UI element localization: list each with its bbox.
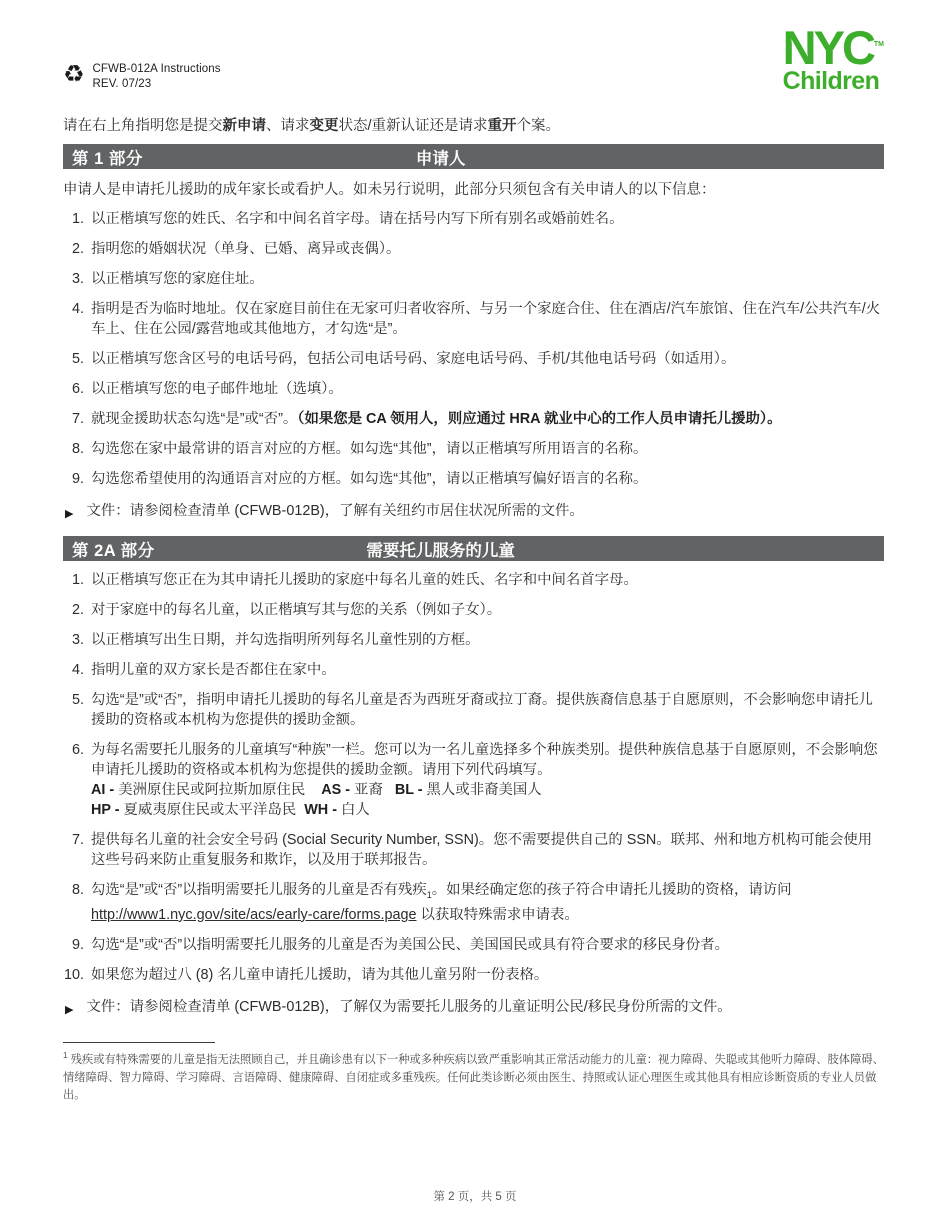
page-header: ♻ CFWB-012A Instructions REV. 07/23 NYCT…	[63, 0, 884, 92]
instruction-item: 10.如果您为超过八 (8) 名儿童申请托儿援助，请为其他儿童另附一份表格。	[63, 965, 884, 985]
item-text: 以正楷填写您的电子邮件地址（选填）。	[91, 379, 884, 399]
instruction-item: 5.以正楷填写您含区号的电话号码，包括公司电话号码、家庭电话号码、手机/其他电话…	[63, 349, 884, 369]
text-run: 以正楷填写您的家庭住址。	[91, 271, 264, 287]
form-revision: REV. 07/23	[93, 77, 221, 92]
nyc-children-logo: NYCTM Children	[783, 28, 884, 92]
item-number: 4.	[63, 299, 84, 339]
item-number: 10.	[63, 965, 84, 985]
text-run: 勾选您希望使用的沟通语言对应的方框。如勾选“其他”，请以正楷填写偏好语言的名称。	[91, 471, 647, 487]
text-run: 指明儿童的双方家长是否都住在家中。	[91, 662, 336, 678]
item-number: 8.	[63, 880, 84, 925]
item-number: 2.	[63, 600, 84, 620]
item-text: 以正楷填写您的家庭住址。	[91, 269, 884, 289]
item-number: 5.	[63, 349, 84, 369]
item-text: 对于家庭中的每名儿童，以正楷填写其与您的关系（例如子女）。	[91, 600, 884, 620]
forms-page-link[interactable]: http://www1.nyc.gov/site/acs/early-care/…	[91, 907, 417, 923]
item-text: 以正楷填写您含区号的电话号码，包括公司电话号码、家庭电话号码、手机/其他电话号码…	[91, 349, 884, 369]
instruction-item: 8.勾选您在家中最常讲的语言对应的方框。如勾选“其他”，请以正楷填写所用语言的名…	[63, 439, 884, 459]
item-text: 指明是否为临时地址。仅在家庭目前住在无家可归者收容所、与另一个家庭合住、住在酒店…	[91, 299, 884, 339]
form-id-block: ♻ CFWB-012A Instructions REV. 07/23	[63, 62, 221, 92]
instruction-item: 6.以正楷填写您的电子邮件地址（选填）。	[63, 379, 884, 399]
section-part-label: 第 1 部分	[72, 145, 143, 169]
item-number: 8.	[63, 439, 84, 459]
section-header-bar: 第 1 部分申请人	[63, 144, 884, 169]
bold-text: （如果您是 CA 领用人，则应通过 HRA 就业中心的工作人员申请托儿援助）。	[297, 411, 781, 427]
instruction-item: 4.指明儿童的双方家长是否都住在家中。	[63, 660, 884, 680]
item-text: 指明儿童的双方家长是否都住在家中。	[91, 660, 884, 680]
text-run: 个案。	[517, 118, 561, 134]
text-run: 对于家庭中的每名儿童，以正楷填写其与您的关系（例如子女）。	[91, 602, 501, 618]
instruction-item: 7.提供每名儿童的社会安全号码 (Social Security Number,…	[63, 830, 884, 870]
sections-container: 第 1 部分申请人申请人是申请托儿援助的成年家长或看护人。如未另行说明，此部分只…	[63, 144, 884, 1020]
text-run: 文件：请参阅检查清单 (CFWB-012B)，了解仅为需要托儿服务的儿童证明公民…	[86, 999, 731, 1015]
trademark-symbol: TM	[874, 41, 884, 48]
instruction-item: 3.以正楷填写您的家庭住址。	[63, 269, 884, 289]
item-text: 勾选您在家中最常讲的语言对应的方框。如勾选“其他”，请以正楷填写所用语言的名称。	[91, 439, 884, 459]
text-run: 。如果经确定您的孩子符合申请托儿援助的资格，请访问	[432, 882, 796, 898]
item-text: 以正楷填写出生日期，并勾选指明所列每名儿童性别的方框。	[91, 630, 884, 650]
text-run: 以获取特殊需求申请表。	[417, 907, 579, 923]
instruction-list: 1.以正楷填写您正在为其申请托儿援助的家庭中每名儿童的姓氏、名字和中间名首字母。…	[63, 570, 884, 985]
section-title: 申请人	[416, 145, 466, 169]
bold-text: 重开	[488, 118, 517, 134]
text-run: 亚裔	[354, 782, 395, 798]
triangle-bullet-icon: ▶	[65, 1000, 73, 1020]
item-number: 6.	[63, 379, 84, 399]
text-run: 以正楷填写您的姓氏、名字和中间名首字母。请在括号内写下所有别名或婚前姓名。	[91, 211, 623, 227]
item-text: 以正楷填写您的姓氏、名字和中间名首字母。请在括号内写下所有别名或婚前姓名。	[91, 209, 884, 229]
item-text: 就现金援助状态勾选“是”或“否”。（如果您是 CA 领用人，则应通过 HRA 就…	[91, 409, 884, 429]
instruction-item: 6.为每名需要托儿服务的儿童填写“种族”一栏。您可以为一名儿童选择多个种族类别。…	[63, 740, 884, 820]
documents-note: ▶文件：请参阅检查清单 (CFWB-012B)，了解有关纽约市居住状况所需的文件…	[63, 501, 884, 524]
item-text: 勾选“是”或“否”，指明申请托儿援助的每名儿童是否为西班牙裔或拉丁裔。提供族裔信…	[91, 690, 884, 730]
recycle-icon: ♻	[63, 63, 85, 87]
item-number: 3.	[63, 630, 84, 650]
instruction-item: 9.勾选“是”或“否”以指明需要托儿服务的儿童是否为美国公民、美国国民或具有符合…	[63, 935, 884, 955]
footnote-block: 1 残疾或有特殊需要的儿童是指无法照顾自己，并且确诊患有以下一种或多种疾病以致严…	[63, 1042, 886, 1105]
instruction-item: 8.勾选“是”或“否”以指明需要托儿服务的儿童是否有残疾1。如果经确定您的孩子符…	[63, 880, 884, 925]
instruction-list: 1.以正楷填写您的姓氏、名字和中间名首字母。请在括号内写下所有别名或婚前姓名。2…	[63, 209, 884, 489]
text-run: 状态/重新认证还是请求	[339, 118, 488, 134]
text-run: 就现金援助状态勾选“是”或“否”。	[91, 411, 297, 427]
footnote-marker: 1	[63, 1051, 67, 1060]
item-number: 9.	[63, 469, 84, 489]
text-run: 勾选“是”或“否”，指明申请托儿援助的每名儿童是否为西班牙裔或拉丁裔。提供族裔信…	[91, 692, 873, 728]
page-number: 第 2 页，共 5 页	[0, 1188, 950, 1204]
logo-children-text: Children	[783, 68, 884, 94]
documents-note-text: 文件：请参阅检查清单 (CFWB-012B)，了解有关纽约市居住状况所需的文件。	[86, 501, 583, 524]
instruction-item: 7.就现金援助状态勾选“是”或“否”。（如果您是 CA 领用人，则应通过 HRA…	[63, 409, 884, 429]
item-number: 1.	[63, 570, 84, 590]
text-run: 如果您为超过八 (8) 名儿童申请托儿援助，请为其他儿童另附一份表格。	[91, 967, 548, 983]
document-page: ♻ CFWB-012A Instructions REV. 07/23 NYCT…	[0, 0, 950, 1230]
bold-text: 变更	[310, 118, 339, 134]
item-text: 勾选您希望使用的沟通语言对应的方框。如勾选“其他”，请以正楷填写偏好语言的名称。	[91, 469, 884, 489]
item-number: 3.	[63, 269, 84, 289]
item-text: 勾选“是”或“否”以指明需要托儿服务的儿童是否有残疾1。如果经确定您的孩子符合申…	[91, 880, 884, 925]
text-run: 夏威夷原住民或太平洋岛民	[124, 802, 305, 818]
form-id: CFWB-012A Instructions	[93, 62, 221, 77]
text-run: 指明您的婚姻状况（单身、已婚、离异或丧偶）。	[91, 241, 400, 257]
section-title: 需要托儿服务的儿童	[366, 537, 515, 561]
instruction-item: 5.勾选“是”或“否”，指明申请托儿援助的每名儿童是否为西班牙裔或拉丁裔。提供族…	[63, 690, 884, 730]
section-lead: 申请人是申请托儿援助的成年家长或看护人。如未另行说明，此部分只须包含有关申请人的…	[63, 180, 884, 200]
text-run: 以正楷填写您正在为其申请托儿援助的家庭中每名儿童的姓氏、名字和中间名首字母。	[91, 572, 638, 588]
instruction-item: 1.以正楷填写您正在为其申请托儿援助的家庭中每名儿童的姓氏、名字和中间名首字母。	[63, 570, 884, 590]
text-run: 美洲原住民或阿拉斯加原住民	[118, 782, 321, 798]
instruction-item: 9.勾选您希望使用的沟通语言对应的方框。如勾选“其他”，请以正楷填写偏好语言的名…	[63, 469, 884, 489]
instruction-item: 1.以正楷填写您的姓氏、名字和中间名首字母。请在括号内写下所有别名或婚前姓名。	[63, 209, 884, 229]
bold-text: BL -	[395, 782, 427, 798]
item-text: 指明您的婚姻状况（单身、已婚、离异或丧偶）。	[91, 239, 884, 259]
bold-text: 新申请	[223, 118, 267, 134]
item-text: 勾选“是”或“否”以指明需要托儿服务的儿童是否为美国公民、美国国民或具有符合要求…	[91, 935, 884, 955]
text-run: 、请求	[266, 118, 310, 134]
section-part-label: 第 2A 部分	[72, 537, 155, 561]
triangle-bullet-icon: ▶	[65, 504, 73, 524]
instruction-item: 2.指明您的婚姻状况（单身、已婚、离异或丧偶）。	[63, 239, 884, 259]
form-id-lines: CFWB-012A Instructions REV. 07/23	[93, 62, 221, 92]
text-run: 为每名需要托儿服务的儿童填写“种族”一栏。您可以为一名儿童选择多个种族类别。提供…	[91, 742, 878, 778]
section-第2A部分: 第 2A 部分需要托儿服务的儿童1.以正楷填写您正在为其申请托儿援助的家庭中每名…	[63, 536, 884, 1020]
item-number: 7.	[63, 830, 84, 870]
item-number: 4.	[63, 660, 84, 680]
instruction-item: 2.对于家庭中的每名儿童，以正楷填写其与您的关系（例如子女）。	[63, 600, 884, 620]
text-run: 请在右上角指明您是提交	[63, 118, 223, 134]
footnote-divider	[63, 1042, 215, 1043]
bold-text: AI -	[91, 782, 118, 798]
item-text: 为每名需要托儿服务的儿童填写“种族”一栏。您可以为一名儿童选择多个种族类别。提供…	[91, 740, 884, 820]
instruction-item: 4.指明是否为临时地址。仅在家庭目前住在无家可归者收容所、与另一个家庭合住、住在…	[63, 299, 884, 339]
bold-text: AS -	[321, 782, 354, 798]
documents-note: ▶文件：请参阅检查清单 (CFWB-012B)，了解仅为需要托儿服务的儿童证明公…	[63, 997, 884, 1020]
instruction-item: 3.以正楷填写出生日期，并勾选指明所列每名儿童性别的方框。	[63, 630, 884, 650]
text-run: 文件：请参阅检查清单 (CFWB-012B)，了解有关纽约市居住状况所需的文件。	[86, 503, 583, 519]
item-text: 如果您为超过八 (8) 名儿童申请托儿援助，请为其他儿童另附一份表格。	[91, 965, 884, 985]
item-number: 9.	[63, 935, 84, 955]
text-run: 以正楷填写您含区号的电话号码，包括公司电话号码、家庭电话号码、手机/其他电话号码…	[91, 351, 735, 367]
bold-text: WH -	[304, 802, 341, 818]
text-run: 以正楷填写您的电子邮件地址（选填）。	[91, 381, 343, 397]
section-第1部分: 第 1 部分申请人申请人是申请托儿援助的成年家长或看护人。如未另行说明，此部分只…	[63, 144, 884, 524]
text-run: 勾选“是”或“否”以指明需要托儿服务的儿童是否有残疾	[91, 882, 427, 898]
text-run: 提供每名儿童的社会安全号码 (Social Security Number, S…	[91, 832, 872, 868]
text-run: 指明是否为临时地址。仅在家庭目前住在无家可归者收容所、与另一个家庭合住、住在酒店…	[91, 301, 880, 337]
item-number: 5.	[63, 690, 84, 730]
footnote-text: 1 残疾或有特殊需要的儿童是指无法照顾自己，并且确诊患有以下一种或多种疾病以致严…	[63, 1050, 886, 1105]
item-text: 提供每名儿童的社会安全号码 (Social Security Number, S…	[91, 830, 884, 870]
section-header-bar: 第 2A 部分需要托儿服务的儿童	[63, 536, 884, 561]
text-run: 勾选“是”或“否”以指明需要托儿服务的儿童是否为美国公民、美国国民或具有符合要求…	[91, 937, 729, 953]
text-run: 白人	[341, 802, 370, 818]
intro-paragraph: 请在右上角指明您是提交新申请、请求变更状态/重新认证还是请求重开个案。	[63, 116, 884, 136]
item-text: 以正楷填写您正在为其申请托儿援助的家庭中每名儿童的姓氏、名字和中间名首字母。	[91, 570, 884, 590]
documents-note-text: 文件：请参阅检查清单 (CFWB-012B)，了解仅为需要托儿服务的儿童证明公民…	[86, 997, 731, 1020]
item-number: 6.	[63, 740, 84, 820]
bold-text: HP -	[91, 802, 124, 818]
logo-nyc-text: NYCTM	[783, 28, 884, 68]
text-run: 勾选您在家中最常讲的语言对应的方框。如勾选“其他”，请以正楷填写所用语言的名称。	[91, 441, 647, 457]
item-number: 1.	[63, 209, 84, 229]
text-run: 以正楷填写出生日期，并勾选指明所列每名儿童性别的方框。	[91, 632, 480, 648]
item-number: 7.	[63, 409, 84, 429]
footnote-body: 残疾或有特殊需要的儿童是指无法照顾自己，并且确诊患有以下一种或多种疾病以致严重影…	[63, 1054, 884, 1102]
text-run: 黑人或非裔美国人	[427, 782, 542, 798]
item-number: 2.	[63, 239, 84, 259]
